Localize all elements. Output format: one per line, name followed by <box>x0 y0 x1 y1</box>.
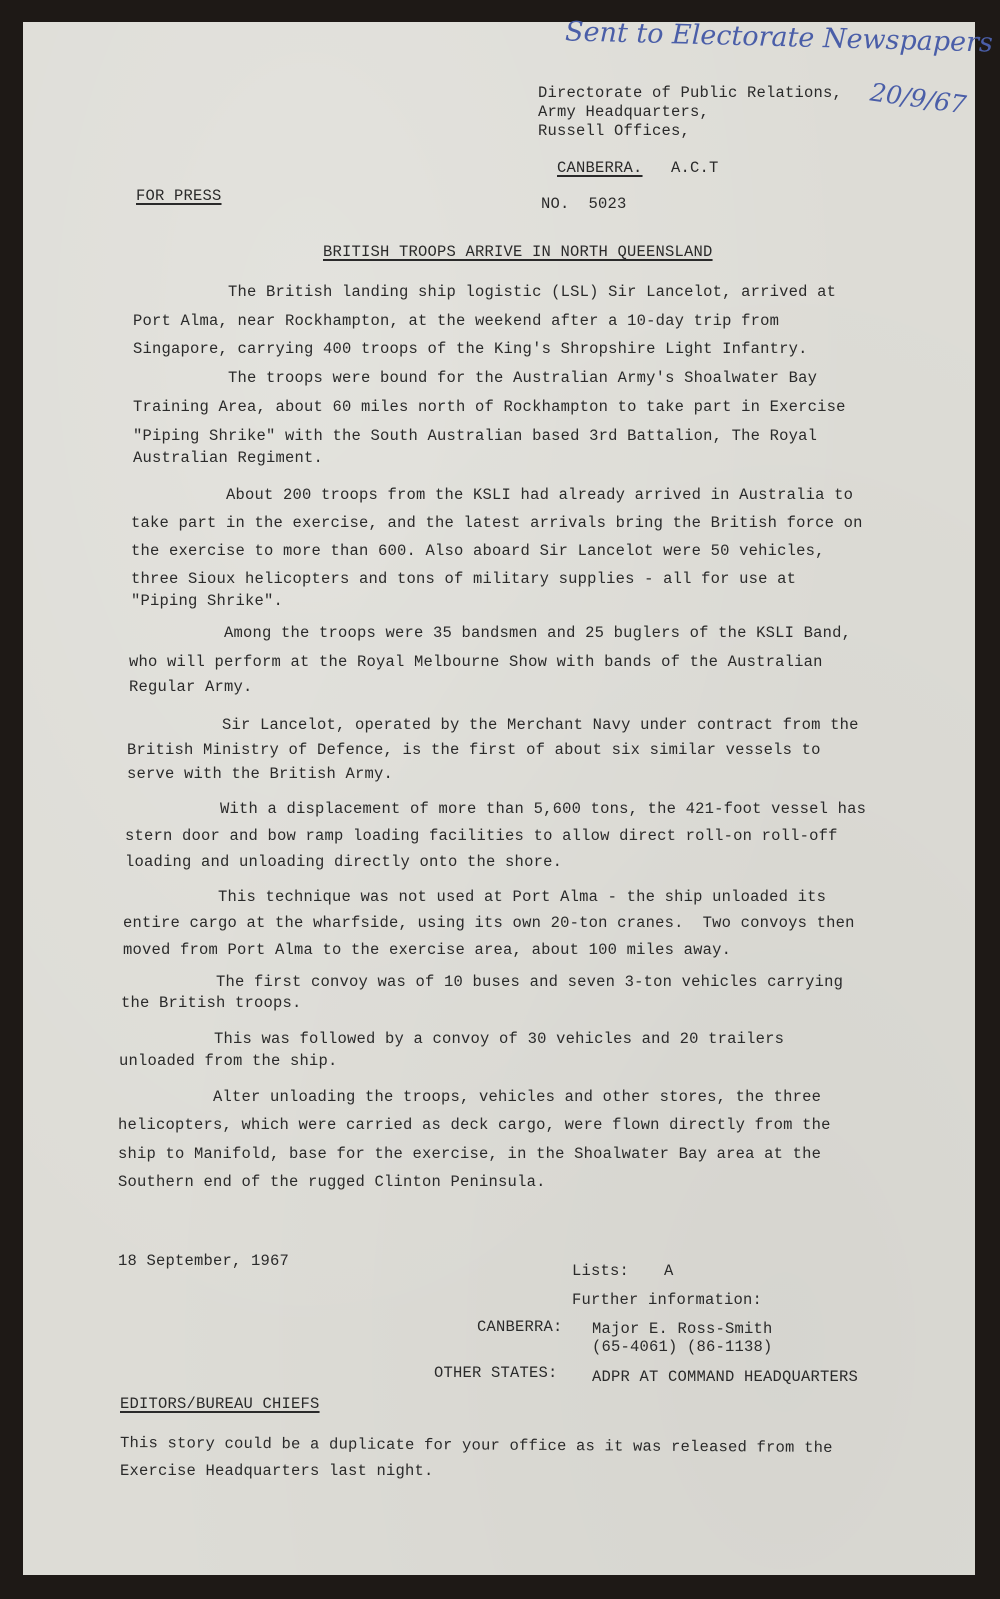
address-line-2: Army Headquarters, <box>538 103 709 121</box>
body-line: Southern end of the rugged Clinton Penin… <box>118 1173 546 1191</box>
canberra-label: CANBERRA: <box>477 1318 563 1336</box>
address-city-line: CANBERRA. A.C.T <box>538 141 719 177</box>
body-line: Among the troops were 35 bandsmen and 25… <box>129 624 851 642</box>
editors-heading: EDITORS/BUREAU CHIEFS <box>120 1395 320 1413</box>
body-line: ship to Manifold, base for the exercise,… <box>118 1145 821 1163</box>
body-line: This was followed by a convoy of 30 vehi… <box>119 1030 784 1048</box>
for-press-label: FOR PRESS <box>136 187 222 205</box>
body-line: helicopters, which were carried as deck … <box>118 1116 831 1134</box>
release-date: 18 September, 1967 <box>118 1252 289 1270</box>
body-line: "Piping Shrike". <box>131 592 283 610</box>
body-line: entire cargo at the wharfside, using its… <box>123 914 855 932</box>
canberra-phones: (65-4061) (86-1138) <box>592 1338 773 1356</box>
lists-label: Lists: <box>572 1262 629 1280</box>
body-line: British Ministry of Defence, is the firs… <box>127 741 821 759</box>
other-states-label: OTHER STATES: <box>434 1364 558 1382</box>
further-info-label: Further information: <box>572 1291 762 1309</box>
body-line: About 200 troops from the KSLI had alrea… <box>131 486 853 504</box>
headline: BRITISH TROOPS ARRIVE IN NORTH QUEENSLAN… <box>323 243 713 261</box>
body-line: stern door and bow ramp loading faciliti… <box>125 827 838 845</box>
body-line: The British landing ship logistic (LSL) … <box>133 283 836 301</box>
body-line: Sir Lancelot, operated by the Merchant N… <box>127 716 859 734</box>
body-line: the British troops. <box>121 994 302 1012</box>
body-line: With a displacement of more than 5,600 t… <box>125 800 866 818</box>
body-line: Port Alma, near Rockhampton, at the week… <box>133 312 779 330</box>
body-line: This technique was not used at Port Alma… <box>123 888 826 906</box>
other-states-value: ADPR AT COMMAND HEADQUARTERS <box>592 1368 858 1386</box>
body-line: "Piping Shrike" with the South Australia… <box>133 427 817 445</box>
body-line: the exercise to more than 600. Also aboa… <box>131 542 825 560</box>
address-line-1: Directorate of Public Relations, <box>538 84 842 102</box>
address-line-3: Russell Offices, <box>538 122 690 140</box>
body-line: Regular Army. <box>129 678 253 696</box>
editors-note-line: Exercise Headquarters last night. <box>120 1462 434 1480</box>
body-line: loading and unloading directly onto the … <box>125 853 562 871</box>
body-line: Alter unloading the troops, vehicles and… <box>118 1088 821 1106</box>
release-number: NO. 5023 <box>541 195 627 213</box>
address-city: CANBERRA. <box>557 159 643 177</box>
body-line: three Sioux helicopters and tons of mili… <box>131 570 796 588</box>
body-line: serve with the British Army. <box>127 765 393 783</box>
lists-value: A <box>664 1262 674 1280</box>
address-territory: A.C.T <box>671 159 719 177</box>
body-line: take part in the exercise, and the lates… <box>131 514 863 532</box>
canberra-contact: Major E. Ross-Smith <box>592 1320 773 1338</box>
body-line: Australian Regiment. <box>133 449 323 467</box>
body-line: who will perform at the Royal Melbourne … <box>129 653 823 671</box>
body-line: Singapore, carrying 400 troops of the Ki… <box>133 340 808 358</box>
body-line: Training Area, about 60 miles north of R… <box>133 398 846 416</box>
body-line: moved from Port Alma to the exercise are… <box>123 941 731 959</box>
address-spacer <box>643 159 672 177</box>
body-line: unloaded from the ship. <box>119 1052 338 1070</box>
body-line: The troops were bound for the Australian… <box>133 369 817 387</box>
body-line: The first convoy was of 10 buses and sev… <box>121 973 843 991</box>
